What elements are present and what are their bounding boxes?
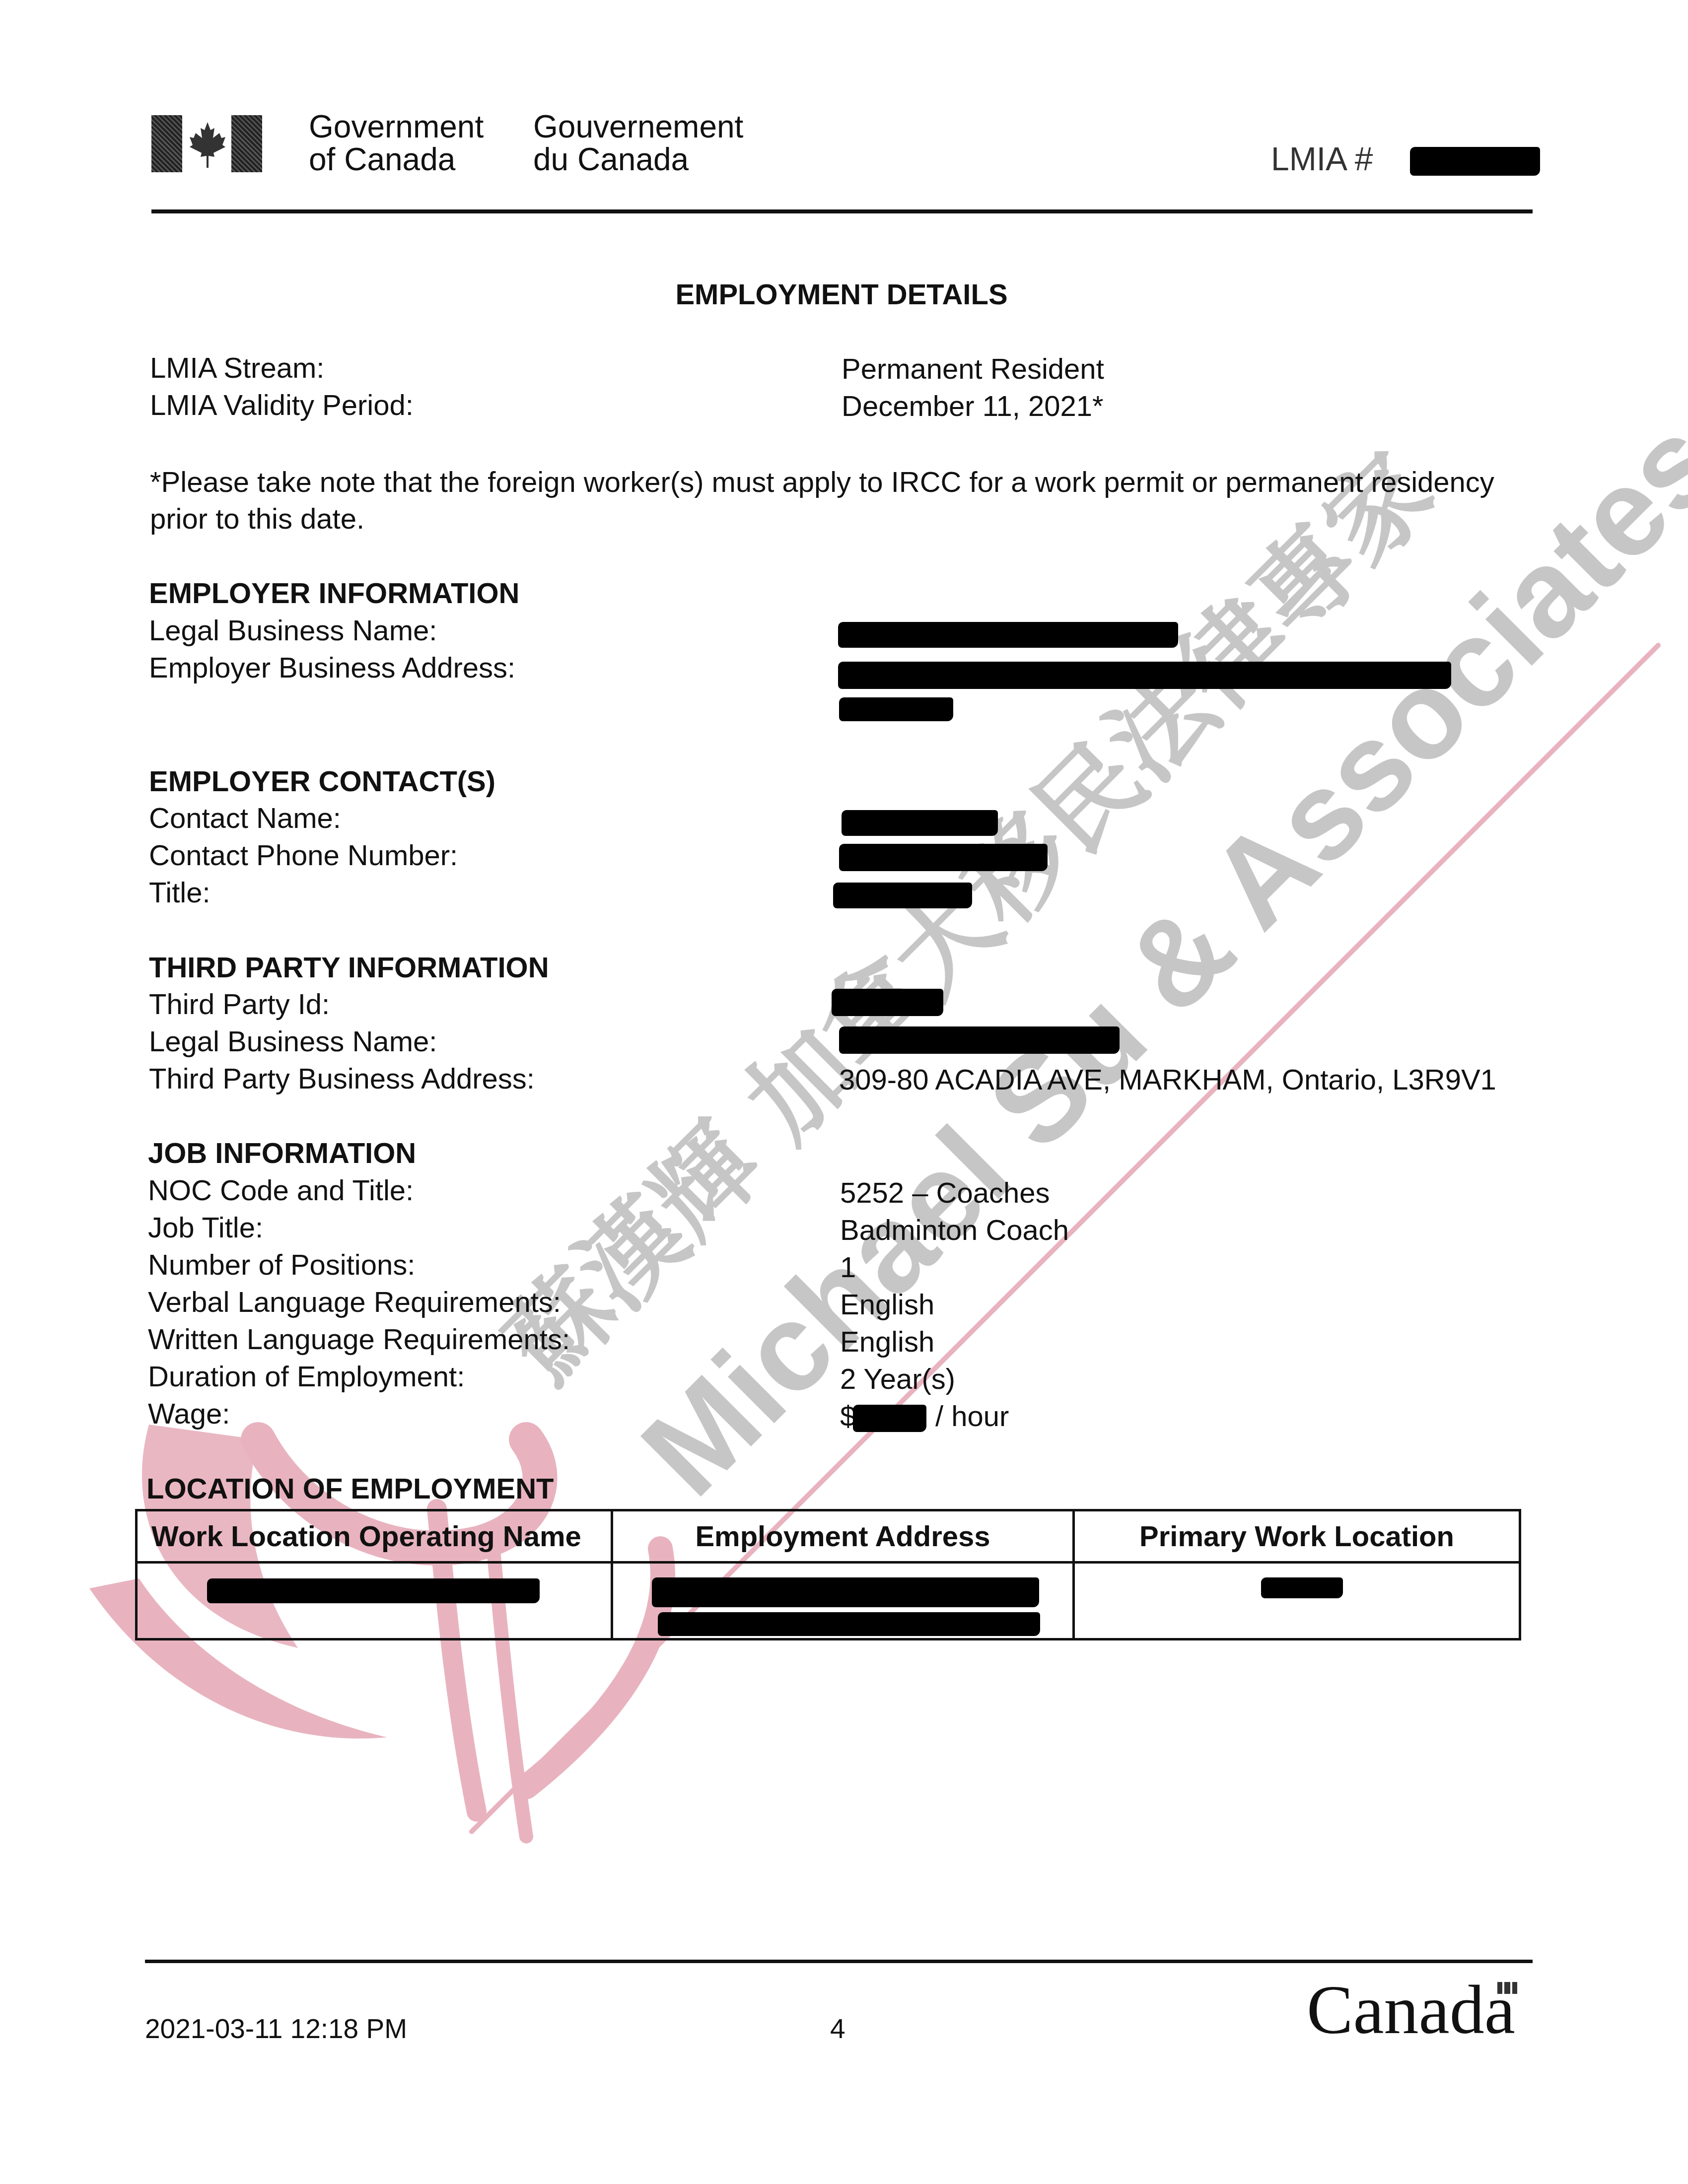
column-header-employment-address: Employment Address [612, 1510, 1074, 1563]
lmia-validity-value: December 11, 2021* [842, 388, 1104, 425]
validity-note-line1: *Please take note that the foreign worke… [150, 464, 1494, 501]
table-header-row: Work Location Operating Name Employment … [137, 1510, 1520, 1563]
maple-leaf-icon [188, 118, 227, 170]
employment-address-redaction-2 [658, 1612, 1040, 1636]
written-language-label: Written Language Requirements: [148, 1321, 570, 1358]
job-title-label: Job Title: [148, 1209, 263, 1246]
contact-name-redaction [842, 810, 998, 836]
positions-label: Number of Positions: [148, 1246, 415, 1284]
lmia-stream-value: Permanent Resident [842, 350, 1104, 388]
verbal-language-value: English [840, 1286, 934, 1323]
column-header-operating-name: Work Location Operating Name [137, 1510, 612, 1563]
footer-rule [145, 1960, 1533, 1963]
positions-value: 1 [840, 1249, 856, 1286]
third-party-address-value: 309-80 ACADIA AVE, MARKHAM, Ontario, L3R… [839, 1061, 1496, 1098]
duration-value: 2 Year(s) [840, 1361, 955, 1398]
job-information-heading: JOB INFORMATION [148, 1135, 416, 1172]
employment-address-redaction-1 [652, 1577, 1039, 1607]
lmia-stream-label: LMIA Stream: [150, 349, 324, 387]
noc-value: 5252 – Coaches [840, 1174, 1050, 1212]
flag-left-bar [151, 115, 182, 172]
third-party-heading: THIRD PARTY INFORMATION [149, 949, 549, 986]
employer-address-redaction-1 [838, 662, 1451, 689]
lmia-label: LMIA # [1271, 140, 1373, 177]
lmia-number: LMIA # [1271, 139, 1373, 179]
lmia-validity-label: LMIA Validity Period: [150, 387, 414, 424]
table-row [137, 1563, 1520, 1639]
page-title: EMPLOYMENT DETAILS [0, 276, 1683, 313]
footer-timestamp: 2021-03-11 12:18 PM [145, 2010, 407, 2047]
third-party-id-label: Third Party Id: [149, 986, 330, 1023]
primary-location-cell [1074, 1563, 1520, 1639]
wage-suffix: / hour [935, 1398, 1009, 1435]
noc-label: NOC Code and Title: [148, 1172, 414, 1209]
flag-right-bar [231, 115, 262, 172]
validity-note-line2: prior to this date. [150, 500, 364, 538]
lmia-number-redaction [1410, 147, 1540, 176]
wage-label: Wage: [148, 1395, 230, 1433]
employer-address-label: Employer Business Address: [149, 649, 515, 686]
page-number: 4 [830, 2010, 845, 2047]
third-party-address-label: Third Party Business Address: [149, 1060, 535, 1097]
third-party-id-redaction [832, 989, 943, 1016]
canada-wordmark: Canada [1307, 1978, 1515, 2043]
location-table: Work Location Operating Name Employment … [135, 1509, 1521, 1640]
contact-title-label: Title: [149, 874, 211, 911]
operating-name-redaction [207, 1578, 540, 1603]
contact-title-redaction [833, 883, 972, 908]
operating-name-cell [137, 1563, 612, 1639]
verbal-language-label: Verbal Language Requirements: [148, 1284, 561, 1321]
location-heading: LOCATION OF EMPLOYMENT [146, 1470, 554, 1507]
duration-label: Duration of Employment: [148, 1358, 465, 1395]
job-title-value: Badminton Coach [840, 1212, 1069, 1249]
employment-address-cell [612, 1563, 1074, 1639]
contact-phone-label: Contact Phone Number: [149, 837, 458, 874]
contact-phone-redaction [839, 844, 1048, 871]
third-party-legal-name-redaction [839, 1026, 1120, 1054]
written-language-value: English [840, 1323, 934, 1361]
employer-address-redaction-2 [839, 697, 953, 721]
employer-legal-name-redaction [838, 622, 1178, 648]
wage-redaction [853, 1405, 926, 1432]
employer-information-heading: EMPLOYER INFORMATION [149, 575, 519, 612]
government-fr: Gouvernement du Canada [533, 110, 743, 176]
column-header-primary-location: Primary Work Location [1074, 1510, 1520, 1563]
third-party-legal-name-label: Legal Business Name: [149, 1023, 437, 1060]
header-rule [151, 209, 1533, 213]
wordmark-flag-icon [1497, 1982, 1517, 1994]
employer-legal-name-label: Legal Business Name: [149, 612, 437, 649]
primary-location-redaction [1261, 1577, 1343, 1598]
contact-name-label: Contact Name: [149, 800, 341, 837]
employer-contacts-heading: EMPLOYER CONTACT(S) [149, 763, 495, 800]
government-en: Government of Canada [309, 110, 484, 176]
